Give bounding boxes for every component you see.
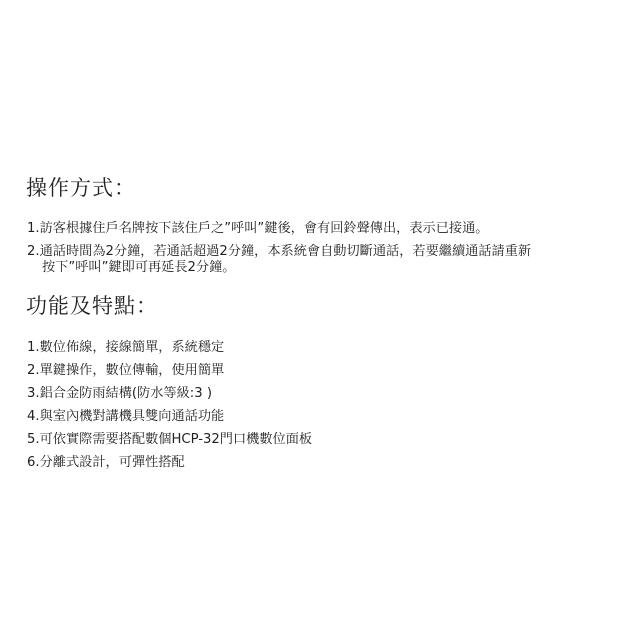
item-number: 1. — [27, 336, 40, 359]
item-number: 4. — [27, 405, 40, 428]
section-heading-operation: 操作方式： — [26, 178, 136, 199]
features-list: 1. 數位佈線，接線簡單，系統穩定 2. 單鍵操作，數位傳輸，使用簡單 3. 鋁… — [27, 336, 312, 474]
item-text: 與室內機對講機具雙向通話功能 — [40, 409, 225, 424]
item-number: 6. — [27, 451, 40, 474]
item-text: 可依實際需要搭配數個HCP-32門口機數位面板 — [40, 432, 313, 447]
item-text: 數位佈線，接線簡單，系統穩定 — [40, 340, 225, 355]
list-item: 5. 可依實際需要搭配數個HCP-32門口機數位面板 — [27, 428, 312, 451]
section-heading-features: 功能及特點： — [26, 296, 158, 317]
item-text: 單鍵操作，數位傳輸，使用簡單 — [40, 363, 225, 378]
list-item: 1. 訪客根據住戶名牌按下該住戶之”呼叫”鍵後，會有回鈴聲傳出，表示已接通。 — [27, 217, 531, 240]
operation-list: 1. 訪客根據住戶名牌按下該住戶之”呼叫”鍵後，會有回鈴聲傳出，表示已接通。 2… — [27, 217, 531, 276]
list-item: 4. 與室內機對講機具雙向通話功能 — [27, 405, 312, 428]
item-number: 3. — [27, 382, 40, 405]
item-number: 2. — [27, 240, 40, 263]
item-number: 5. — [27, 428, 40, 451]
list-item: 2. 通話時間為2分鐘，若通話超過2分鐘，本系統會自動切斷通話，若要繼續通話請重… — [27, 240, 531, 276]
item-text-continuation: 按下”呼叫”鍵即可再延長2分鐘。 — [27, 259, 531, 276]
item-text: 鋁合金防雨結構(防水等級:3 ) — [40, 386, 212, 401]
item-number: 1. — [27, 217, 40, 240]
list-item: 6. 分離式設計，可彈性搭配 — [27, 451, 312, 474]
item-number: 2. — [27, 359, 40, 382]
list-item: 2. 單鍵操作，數位傳輸，使用簡單 — [27, 359, 312, 382]
item-text: 分離式設計，可彈性搭配 — [40, 455, 185, 470]
list-item: 1. 數位佈線，接線簡單，系統穩定 — [27, 336, 312, 359]
item-text: 通話時間為2分鐘，若通話超過2分鐘，本系統會自動切斷通話，若要繼續通話請重新 — [40, 244, 532, 259]
item-text: 訪客根據住戶名牌按下該住戶之”呼叫”鍵後，會有回鈴聲傳出，表示已接通。 — [40, 221, 489, 236]
list-item: 3. 鋁合金防雨結構(防水等級:3 ) — [27, 382, 312, 405]
